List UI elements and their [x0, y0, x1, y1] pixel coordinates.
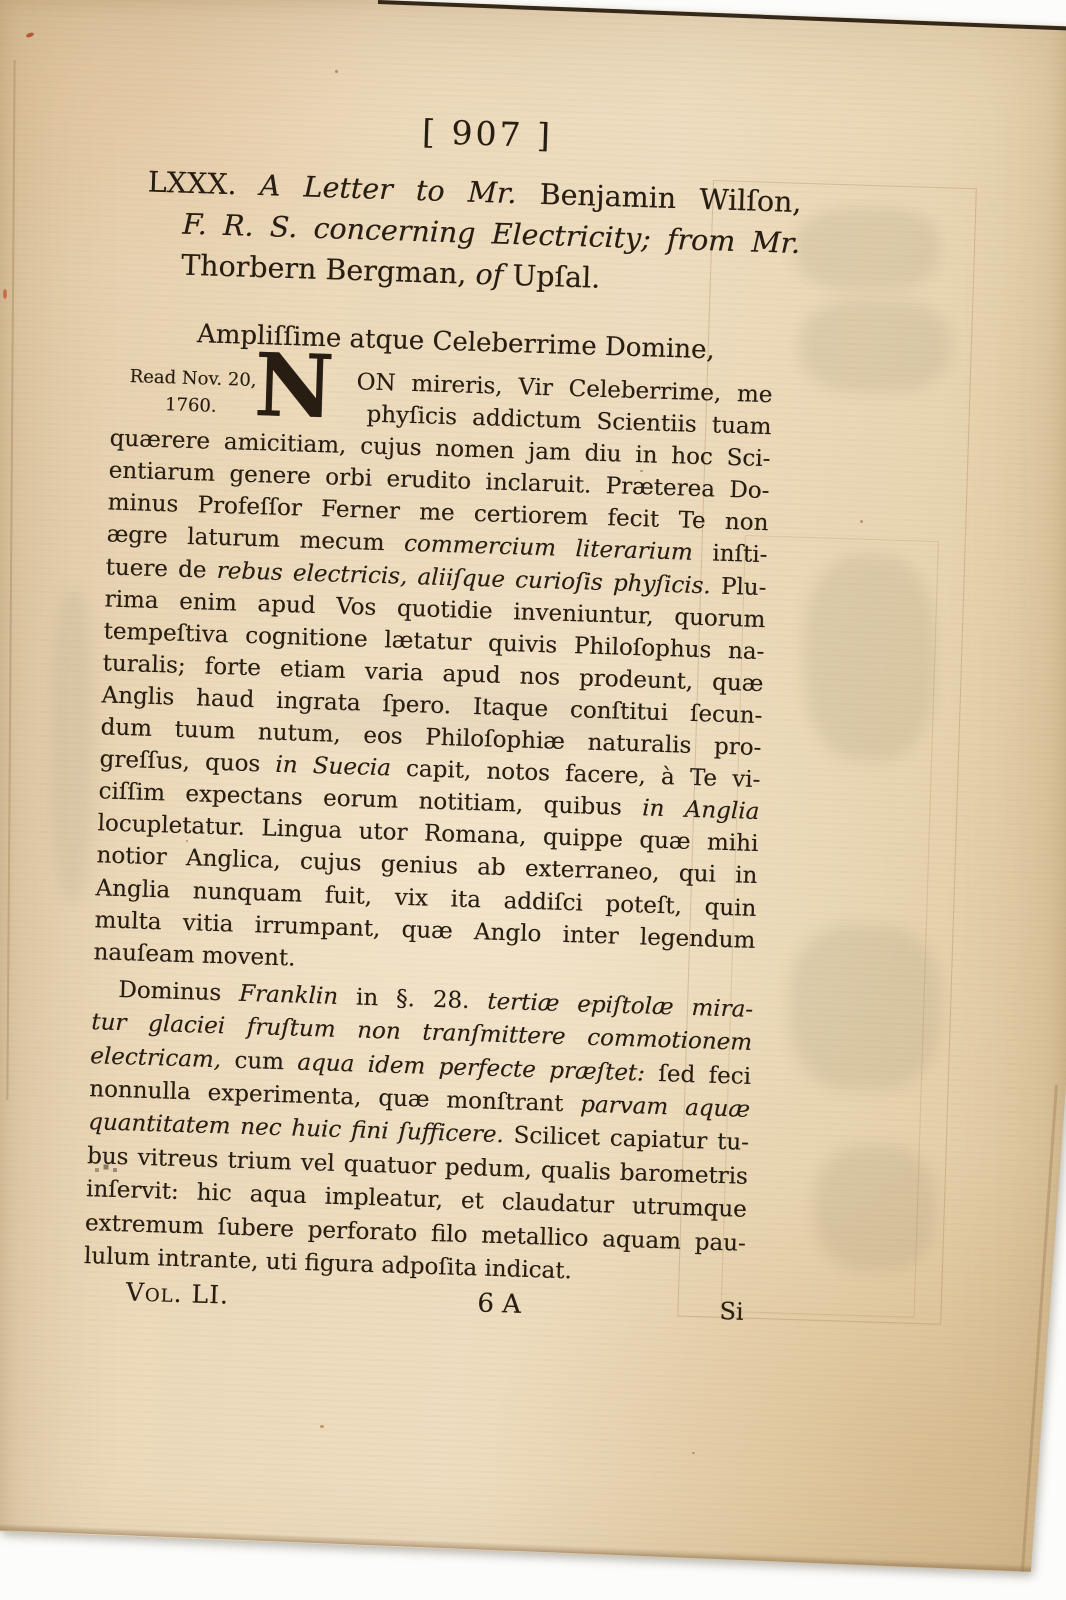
paper-top-edge: [378, 0, 1066, 30]
paragraph: Dominus Franklin in §. 28. tertiæ epiſto…: [83, 973, 753, 1294]
showthrough-smudge: [815, 1145, 935, 1270]
showthrough-smudge: [805, 555, 935, 760]
red-ink-speck: [1007, 15, 1014, 18]
page-number: [ 907 ]: [387, 111, 588, 156]
paper-bottom-edge: [0, 1523, 1056, 1573]
showthrough-smudge: [800, 300, 950, 392]
red-ink-speck: [3, 289, 7, 299]
ink-specks: [0, 0, 2, 2]
paper-speck: [860, 520, 863, 523]
catchword: Si: [719, 1297, 744, 1326]
paragraph: ON mireris, Vir Celeberrime, mephyſicis …: [93, 359, 773, 989]
signature-mark: 6 A: [477, 1289, 522, 1320]
paper-speck: [692, 1452, 695, 1454]
volume-label: Vol. LI.: [125, 1278, 229, 1310]
showthrough-smudge: [790, 925, 940, 1090]
printed-text-block: [ 907 ] LXXX. A Letter to Mr. Benjamin W…: [60, 110, 820, 1412]
red-ink-speck: [26, 32, 35, 38]
scanned-page: [ 907 ] LXXX. A Letter to Mr. Benjamin W…: [0, 0, 1066, 1600]
paper-surface: [ 907 ] LXXX. A Letter to Mr. Benjamin W…: [0, 0, 1066, 1600]
paper-crease: [6, 60, 15, 1100]
paper-sheet: [ 907 ] LXXX. A Letter to Mr. Benjamin W…: [0, 0, 1066, 1600]
body-text: ON mireris, Vir Celeberrime, mephyſicis …: [82, 359, 772, 1328]
paper-speck: [335, 70, 338, 73]
paper-speck: [320, 1425, 324, 1428]
article-title: LXXX. A Letter to Mr. Benjamin Wilſon, F…: [145, 162, 803, 305]
paper-right-edge: [1021, 1085, 1058, 1576]
